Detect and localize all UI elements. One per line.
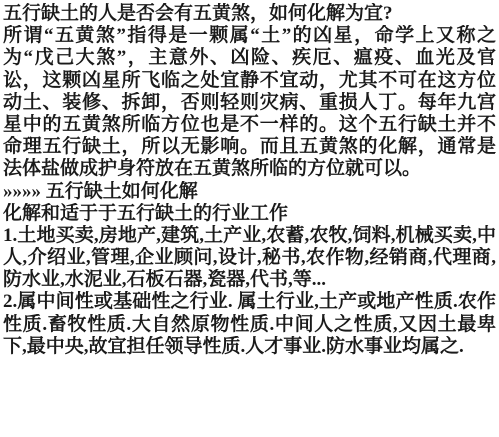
list-item-line: 下,最中央,故宜担任领导性质.人才事业.防水事业均属之.: [3, 336, 496, 358]
list-item-line: 2.属中间性或基础性之行业. 属土行业,土产或地产性质.农作: [3, 291, 496, 313]
article-page: 五行缺土的人是否会有五黄煞，如何化解为宜? 所谓“五黄煞”指得是一颗属“土”的凶…: [0, 0, 499, 437]
paragraph-line: 星中的五黄煞所临方位也是不一样的。这个五行缺土并不是: [3, 114, 496, 136]
list-item-line: 人,介绍业,管理,企业顾问,设计,秘书,农作物,经销商,代理商,: [3, 247, 496, 269]
question-title-line: 五行缺土的人是否会有五黄煞，如何化解为宜?: [3, 3, 496, 25]
paragraph-line: 为“戊己大煞”，主意外、凶险、疾厄、瘟疫、血光及官: [3, 47, 496, 69]
list-item-line: 防水业,水泥业,石板石器,瓷器,代书,等...: [3, 269, 496, 291]
section-heading-line: 化解和适于于五行缺土的行业工作: [3, 203, 496, 225]
more-link-line[interactable]: »»»» 五行缺土如何化解: [3, 181, 496, 203]
paragraph-line: 所谓“五黄煞”指得是一颗属“土”的凶星，命学上又称之: [3, 25, 496, 47]
paragraph-line: 命理五行缺土，所以无影响。而且五黄煞的化解，通常是用: [3, 136, 496, 158]
list-item-line: 性质.畜牧性质.大自然原物性质.中间人之性质,又因土最卑: [3, 314, 496, 336]
list-item-line: 1.土地买卖,房地产,建筑,土产业,农蓄,农牧,饲料,机械买卖,中: [3, 225, 496, 247]
paragraph-line: 讼，这颗凶星所飞临之处宜静不宜动，尤其不可在这方位上: [3, 70, 496, 92]
paragraph-line: 法体盐做成护身符放在五黄煞所临的方位就可以。: [3, 158, 496, 180]
paragraph-line: 动土、装修、拆卸，否则轻则灾病、重损人丁。每年九宫飞: [3, 92, 496, 114]
